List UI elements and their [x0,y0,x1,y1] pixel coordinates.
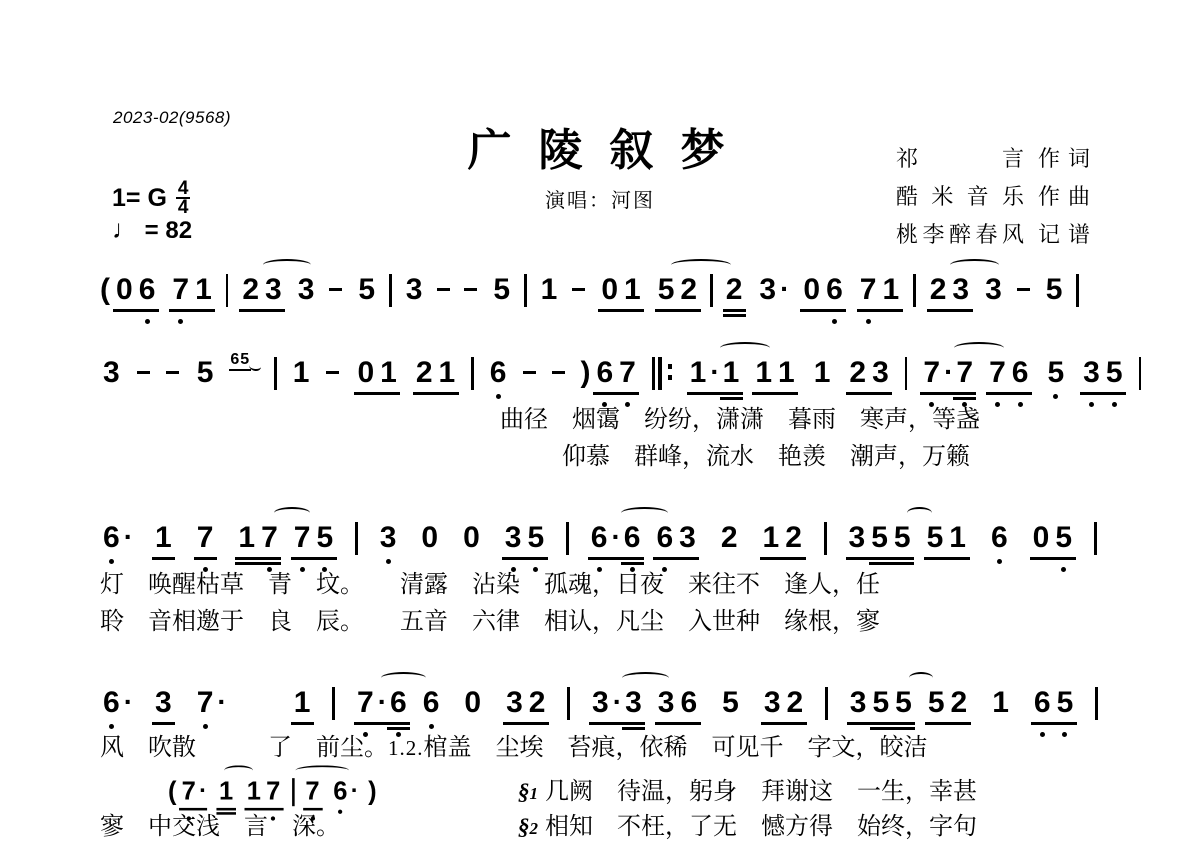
quarter-note-icon: ♩ [112,214,138,244]
low-octave-dot [1018,402,1023,407]
beam-line [720,397,743,400]
beam-group: 0 [418,521,441,555]
note: 5 [1052,521,1075,555]
low-octave-dot [1053,394,1058,399]
dash-mark [552,371,565,374]
augmentation-dot: · [124,686,133,718]
barline [292,778,294,806]
note-digit: 5 [894,521,911,555]
key-text: 1= G [112,184,167,213]
note: 5 [869,686,892,720]
slur-group: 76· [292,777,359,806]
note: 5 [925,686,948,720]
slur-arc [295,765,349,775]
note: 6 [1009,356,1032,390]
low-octave-dot [1061,567,1066,572]
beam-line [1030,557,1076,560]
note-digit: 1 [755,356,772,390]
note: 0 [460,521,483,555]
slur-arc [622,672,669,684]
note: 3 [982,273,1005,307]
beam-line [870,727,915,730]
dash-note [165,356,181,390]
beam-line [986,392,1032,395]
beam-group: 2 [723,273,746,307]
note: 0 [461,686,484,720]
note-digit: 1 [247,777,261,806]
note: 7 [194,521,217,555]
note-digit: 5 [871,521,888,555]
repeat-dot [668,364,673,369]
beam-line [598,309,644,312]
note: 3 [100,356,123,390]
augmentation-dot: · [613,686,622,718]
credit-name-char: 音 [967,180,989,211]
note: 1 [752,356,775,390]
note: 7 [354,686,377,720]
beam-line [925,722,971,725]
note: 5 [490,273,513,307]
dash-note [551,356,567,390]
credit-name-char: 乐 [1002,180,1024,211]
note: 5 [194,356,217,390]
beam-line [847,722,915,725]
beam-group: 1 [152,521,175,555]
note-digit: 5 [928,686,945,720]
augmentation-dot: · [780,273,789,305]
note: 5 [1054,686,1077,720]
note: 6 [988,521,1011,555]
beam-group: 3 [152,686,175,720]
beam-group: 1 [538,273,561,307]
slur-arc [621,507,668,519]
note-digit: 0 [357,356,374,390]
beam-line [924,557,970,560]
segno-mark: § [518,779,530,804]
note-digit: 1 [380,356,397,390]
credit-name-char: 春 [975,218,997,249]
note-digit: 5 [895,686,912,720]
note-digit: 0 [463,521,480,555]
note-digit: 6 [624,521,641,555]
credit-name: 酷米音乐 [896,180,1024,211]
credit-name-char: 言 [1002,142,1024,173]
note-digit: 5 [872,686,889,720]
lyric-text: 寥 中交浅 言 深。 [100,814,340,840]
note: 2 [948,686,971,720]
note-digit: 7 [956,356,973,390]
beam-group: 7· [179,777,207,806]
beam-group: 01 [598,273,643,307]
note: 5 [924,521,947,555]
barline [226,274,229,307]
credits-block: 祁言作词酷米音乐作曲桃李醉春风记谱 [896,142,1090,256]
repeat-dot [668,375,673,380]
note: 3 [1080,356,1103,390]
note-digit: 1 [219,777,233,806]
slur-group: 522 [655,273,746,307]
beam-group: 63 [653,521,698,555]
slur-arc [671,259,731,271]
beam-group: 17 [244,777,283,806]
note-digit: 1 [882,273,899,307]
beam-line [354,392,400,395]
note-digit: 3 [985,273,1002,307]
credit-role: 记谱 [1038,218,1090,249]
note-digit: 6 [656,521,673,555]
lyric-text: 几阙 待温，躬身 拜谢这 一生，幸甚 [545,779,977,805]
note-digit: 1 [778,356,795,390]
barline [913,274,916,307]
beam-group: 71 [169,273,214,307]
note-digit: 3 [298,273,315,307]
slur-arc [909,672,934,684]
note: 0 [598,273,621,307]
beam-group: 6· [100,686,133,720]
lyric-text: 灯 唤醒枯草 青 坟。 清露 沾染 孤魂，日夜 来往不 逢人，任 [100,572,880,598]
note-digit: 0 [803,273,820,307]
augmentation-dot: · [199,777,207,804]
beam-group: 71 [857,273,902,307]
beam-group: 1 [216,777,235,806]
beam-line [846,392,892,395]
beam-line [723,309,746,312]
beam-group: 11 [752,356,797,390]
beam-line [194,557,217,560]
beam-group: 75 [291,521,336,555]
barline [905,357,908,390]
note: 6 [593,356,616,390]
note: 5 [655,273,678,307]
beam-line [761,722,807,725]
augmentation-dot: · [611,521,620,553]
lyric-row-4: 聆 音相邀于 良 辰。 五音 六律 相认，凡尘 入世种 缘根，寥 [100,607,880,637]
beam-line [291,557,337,560]
barline [389,274,392,307]
grace-slide-curve [249,361,261,371]
note-digit: 2 [787,686,804,720]
note-digit: 5 [1106,356,1123,390]
credit-row: 祁言作词 [896,142,1090,173]
note: 2 [784,686,807,720]
repeat-dots [665,356,674,389]
barline [567,687,570,720]
note-digit: 3 [155,686,172,720]
note-digit: 1 [238,521,255,555]
note-digit: 3 [506,686,523,720]
barline [825,687,828,720]
slur-group: 6·663 [588,521,699,555]
note: 3 [403,273,426,307]
note-digit: 3 [658,686,675,720]
parenthesis: ) [580,356,590,390]
note-digit: 6 [103,686,120,720]
beam-line [179,808,207,810]
lyric-text: 聆 音相邀于 良 辰。 五音 六律 相认，凡尘 入世种 缘根，寥 [100,609,880,635]
note: 1 [244,777,263,806]
note-digit: 5 [722,686,739,720]
note-digit: 6 [423,686,440,720]
beam-line [169,309,215,312]
note-digit: 1 [624,273,641,307]
dash-note [1016,273,1032,307]
low-octave-dot [832,319,837,324]
credit-role-char: 词 [1068,142,1090,173]
beam-group: 3 [377,521,400,555]
beam-group: 355 [847,686,915,720]
note: 6 [487,356,510,390]
note: 3 [869,356,892,390]
note: 6 [100,521,123,555]
note: 6 [387,686,410,720]
beam-group: 5 [719,686,742,720]
note-digit: 3 [505,521,522,555]
augmentation-dot: · [124,521,133,553]
note-digit: 6 [103,521,120,555]
note-digit: 7 [266,777,280,806]
credit-role-char: 曲 [1068,180,1090,211]
low-octave-dot [109,724,114,729]
sheet-music-page: 2023-02(9568) 广 陵 叙 梦 演唱：河图 祁言作词酷米音乐作曲桃李… [0,0,1200,850]
note-digit: 3 [849,521,866,555]
note-digit: 5 [1047,356,1064,390]
note: 1 [687,356,710,390]
note: 2 [723,273,746,307]
note-digit: 1 [992,686,1009,720]
note-digit: 5 [1057,686,1074,720]
parenthesis: ) [368,777,377,806]
beam-group: 3 [403,273,426,307]
beam-group: 3 [100,356,123,390]
low-octave-dot [1089,402,1094,407]
beam-line [846,557,914,560]
note: 2 [526,686,549,720]
low-octave-dot [386,559,391,564]
beam-line [723,314,746,317]
beam-line [235,562,281,565]
beam-group: 7 [303,777,322,806]
beam-line [235,557,281,560]
note-digit: 1 [294,686,311,720]
note: 1 [760,521,783,555]
note-digit: 2 [529,686,546,720]
beam-group: 32 [761,686,806,720]
slur-group: 233 [239,273,317,307]
augmentation-dot: · [710,356,719,388]
note-digit: 7 [860,273,877,307]
note-digit: 0 [601,273,618,307]
note-digit: 0 [421,521,438,555]
slur-arc [224,765,253,775]
note: 7 [264,777,283,806]
note: 6 [823,273,846,307]
dash-mark [326,371,339,374]
beam-line [502,557,548,560]
barline [566,522,569,555]
note: 1 [291,686,314,720]
lyric-row-2: 仰慕 群峰，流水 艳羡 潮声，万籁 [562,442,970,472]
beam-group: 0 [461,686,484,720]
beam-group: 17 [235,521,280,555]
note-digit: 0 [116,273,133,307]
augmentation-dot: · [944,356,953,388]
beam-group: 52 [925,686,970,720]
segno-mark: § [518,814,530,839]
music-line-1: (06712335351015223·06712335 [100,255,1090,345]
credit-role-char: 记 [1038,218,1060,249]
dash-mark [464,288,477,291]
dash-mark [166,371,179,374]
note: 7 [258,521,281,555]
note-digit: 2 [416,356,433,390]
note-digit: 1 [293,356,310,390]
volta-numbers: 1.2. [388,736,424,760]
beam-line [653,557,699,560]
slur-group: 233 [927,273,1005,307]
note: 3 [622,686,645,720]
beam-line [303,808,323,810]
low-octave-dot [145,319,150,324]
note-digit: 6 [490,356,507,390]
note-digit: 3 [592,686,609,720]
note: 6 [420,686,443,720]
lyric-row-6: §1几阙 待温，躬身 拜谢这 一生，幸甚 [518,777,977,809]
beam-group: 1 [291,686,314,720]
note-digit: 7 [989,356,1006,390]
dash-mark [329,288,342,291]
note: 5 [1043,273,1066,307]
note: 2 [239,273,262,307]
note: 1 [775,356,798,390]
note: 5 [891,521,914,555]
note: 6 [1031,686,1054,720]
beam-line [413,392,459,395]
note-digit: 3 [764,686,781,720]
beam-group: 35 [1080,356,1125,390]
note: 3 [756,273,779,307]
credit-name-char: 酷 [896,180,918,211]
beam-group: 36 [655,686,700,720]
note: 3 [655,686,678,720]
beam-line [113,309,159,312]
note-digit: 1 [814,356,831,390]
note: 6 [331,777,350,806]
slur-group: 35552 [847,686,970,720]
note: 7 [179,777,198,806]
beam-group: 5 [490,273,513,307]
beam-group: 5 [1044,356,1067,390]
note: 0 [354,356,377,390]
note-digit: 5 [1055,521,1072,555]
note-digit: 7 [357,686,374,720]
beam-line [216,808,236,810]
note-digit: 1 [690,356,707,390]
note-digit: 7 [619,356,636,390]
note-digit: 3 [952,273,969,307]
credit-role: 作词 [1038,142,1090,173]
credit-role-char: 作 [1038,180,1060,211]
segno-mark: 1 [530,784,539,803]
tempo-value: = 82 [145,217,192,244]
note: 3 [589,686,612,720]
note: 6 [653,521,676,555]
note-digit: 5 [197,356,214,390]
slur-arc [263,259,311,271]
note-digit: 3 [872,356,889,390]
note-digit: 0 [464,686,481,720]
note-digit: 7 [172,273,189,307]
lyric-text: 曲径 烟霭 纷纷，潇潇 暮雨 寒声，等盏 [500,407,980,433]
slur-group: 7·776 [920,356,1031,390]
note-digit: 3 [625,686,642,720]
beam-group: 52 [655,273,700,307]
beam-group: 3·3 [589,686,645,720]
barline [524,274,527,307]
credit-row: 桃李醉春风记谱 [896,218,1090,249]
note: 7 [194,686,217,720]
note: 1 [946,521,969,555]
note: 3 [846,521,869,555]
beam-group: 7·7 [920,356,976,390]
note: 3 [761,686,784,720]
beam-group: 355 [846,521,914,555]
credit-role-char: 谱 [1068,218,1090,249]
note-digit: 5 [527,521,544,555]
beam-line [927,309,973,312]
lyric-row-7: 寥 中交浅 言 深。 [100,812,340,842]
beam-line [655,722,701,725]
barline [274,357,277,390]
barline [1139,357,1142,390]
note: 1 [152,521,175,555]
beam-group: 06 [113,273,158,307]
credit-name-char: 风 [1002,218,1024,249]
low-octave-dot [1062,732,1067,737]
dash-note [325,356,341,390]
note: 7 [169,273,192,307]
note: 7 [857,273,880,307]
slur-arc [381,672,427,684]
credit-name: 桃李醉春风 [896,218,1024,249]
lyric-row-3: 灯 唤醒枯草 青 坟。 清露 沾染 孤魂，日夜 来往不 逢人，任 [100,570,880,600]
note: 3 [676,521,699,555]
note: 3 [377,521,400,555]
note-digit: 5 [316,521,333,555]
barline [710,274,713,307]
grace-notes: 65 [229,351,261,371]
slur-arc [720,342,770,354]
note-digit: 5 [358,273,375,307]
note-digit: 3 [679,521,696,555]
low-octave-dot [997,559,1002,564]
credit-name: 祁言 [896,142,1024,173]
note-digit: 1 [541,273,558,307]
beam-group: 6 [988,521,1011,555]
note: 2 [677,273,700,307]
low-octave-dot [429,724,434,729]
note: 2 [782,521,805,555]
note-digit: 1 [723,356,740,390]
slur-arc [274,507,310,519]
note-digit: 7 [305,777,319,806]
note-digit: 6 [139,273,156,307]
segno-mark: 2 [530,819,539,838]
credit-name-char: 醉 [949,218,971,249]
note-digit: 2 [721,521,738,555]
beam-line [503,722,549,725]
note-digit: 6 [390,686,407,720]
beam-group: 76 [986,356,1031,390]
